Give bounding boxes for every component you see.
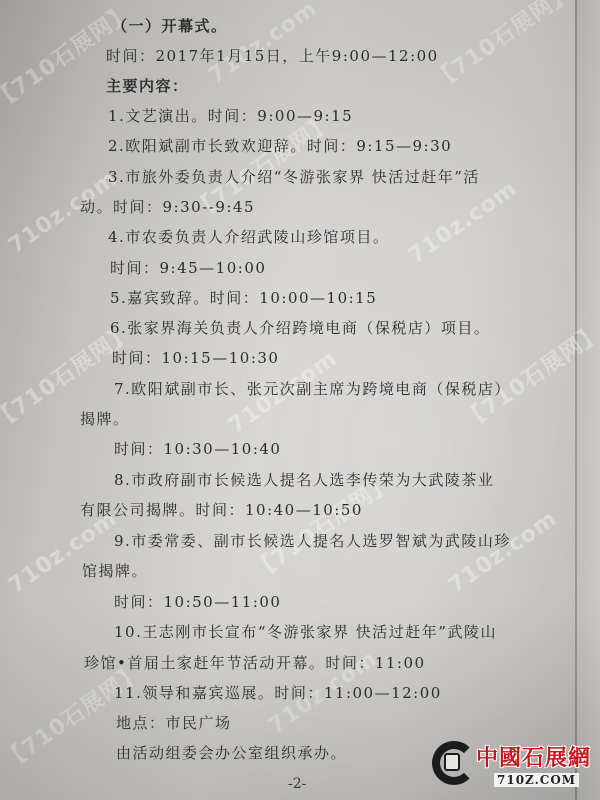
agenda-item-9-cont: 馆揭牌。 xyxy=(82,560,148,581)
agenda-item-6: 6.张家界海关负责人介绍跨境电商（保税店）项目。 xyxy=(110,317,490,338)
agenda-item-7-time: 时间：10:30—10:40 xyxy=(114,438,281,459)
location: 地点：市民广场 xyxy=(116,712,232,733)
agenda-item-5: 5.嘉宾致辞。时间：10:00—10:15 xyxy=(110,287,377,308)
agenda-item-8: 8.市政府副市长候选人提名人选李传荣为大武陵茶业 xyxy=(114,469,494,490)
agenda-item-10: 10.王志刚市长宣布“冬游张家界 快活过赶年”武陵山 xyxy=(114,621,497,642)
agenda-item-7: 7.欧阳斌副市长、张元次副主席为跨境电商（保税店） xyxy=(114,378,511,399)
agenda-item-3: 3.市旅外委负责人介绍“冬游张家界 快活过赶年”活 xyxy=(108,166,480,187)
agenda-item-4-time: 时间：9:45—10:00 xyxy=(110,257,266,278)
agenda-item-6-time: 时间：10:15—10:30 xyxy=(112,347,279,368)
section-heading: （一）开幕式。 xyxy=(112,15,228,36)
agenda-item-11: 11.领导和嘉宾巡展。时间：11:00—12:00 xyxy=(114,682,442,703)
agenda-item-3-cont: 动。时间：9:30--9:45 xyxy=(80,196,255,217)
page-number: -2- xyxy=(288,776,306,792)
agenda-item-10-cont: 珍馆•首届土家赶年节活动开幕。时间：11:00 xyxy=(84,652,426,673)
agenda-item-4: 4.市农委负责人介绍武陵山珍馆项目。 xyxy=(108,226,389,247)
organizer: 由活动组委会办公室组织承办。 xyxy=(116,742,347,763)
agenda-item-8-cont: 有限公司揭牌。时间：10:40—10:50 xyxy=(80,499,363,520)
logo-domain: 710Z.COM xyxy=(494,773,579,787)
agenda-item-9-time: 时间：10:50—11:00 xyxy=(114,591,281,612)
event-time: 时间：2017年1月15日，上午9:00—12:00 xyxy=(106,45,439,66)
agenda-item-2: 2.欧阳斌副市长致欢迎辞。时间：9:15—9:30 xyxy=(108,135,452,156)
logo-stone-icon xyxy=(444,753,460,771)
main-content-label: 主要内容： xyxy=(106,75,189,96)
document-page: （一）开幕式。 时间：2017年1月15日，上午9:00—12:00 主要内容：… xyxy=(0,0,600,800)
agenda-item-9: 9.市委常委、副市长候选人提名人选罗智斌为武陵山珍 xyxy=(114,530,511,551)
logo-title: 中國石展網 xyxy=(476,741,591,772)
site-logo: 中國石展網 710Z.COM xyxy=(430,735,600,800)
agenda-item-7-cont: 揭牌。 xyxy=(80,408,130,429)
agenda-item-1: 1.文艺演出。时间：9:00—9:15 xyxy=(108,105,353,126)
